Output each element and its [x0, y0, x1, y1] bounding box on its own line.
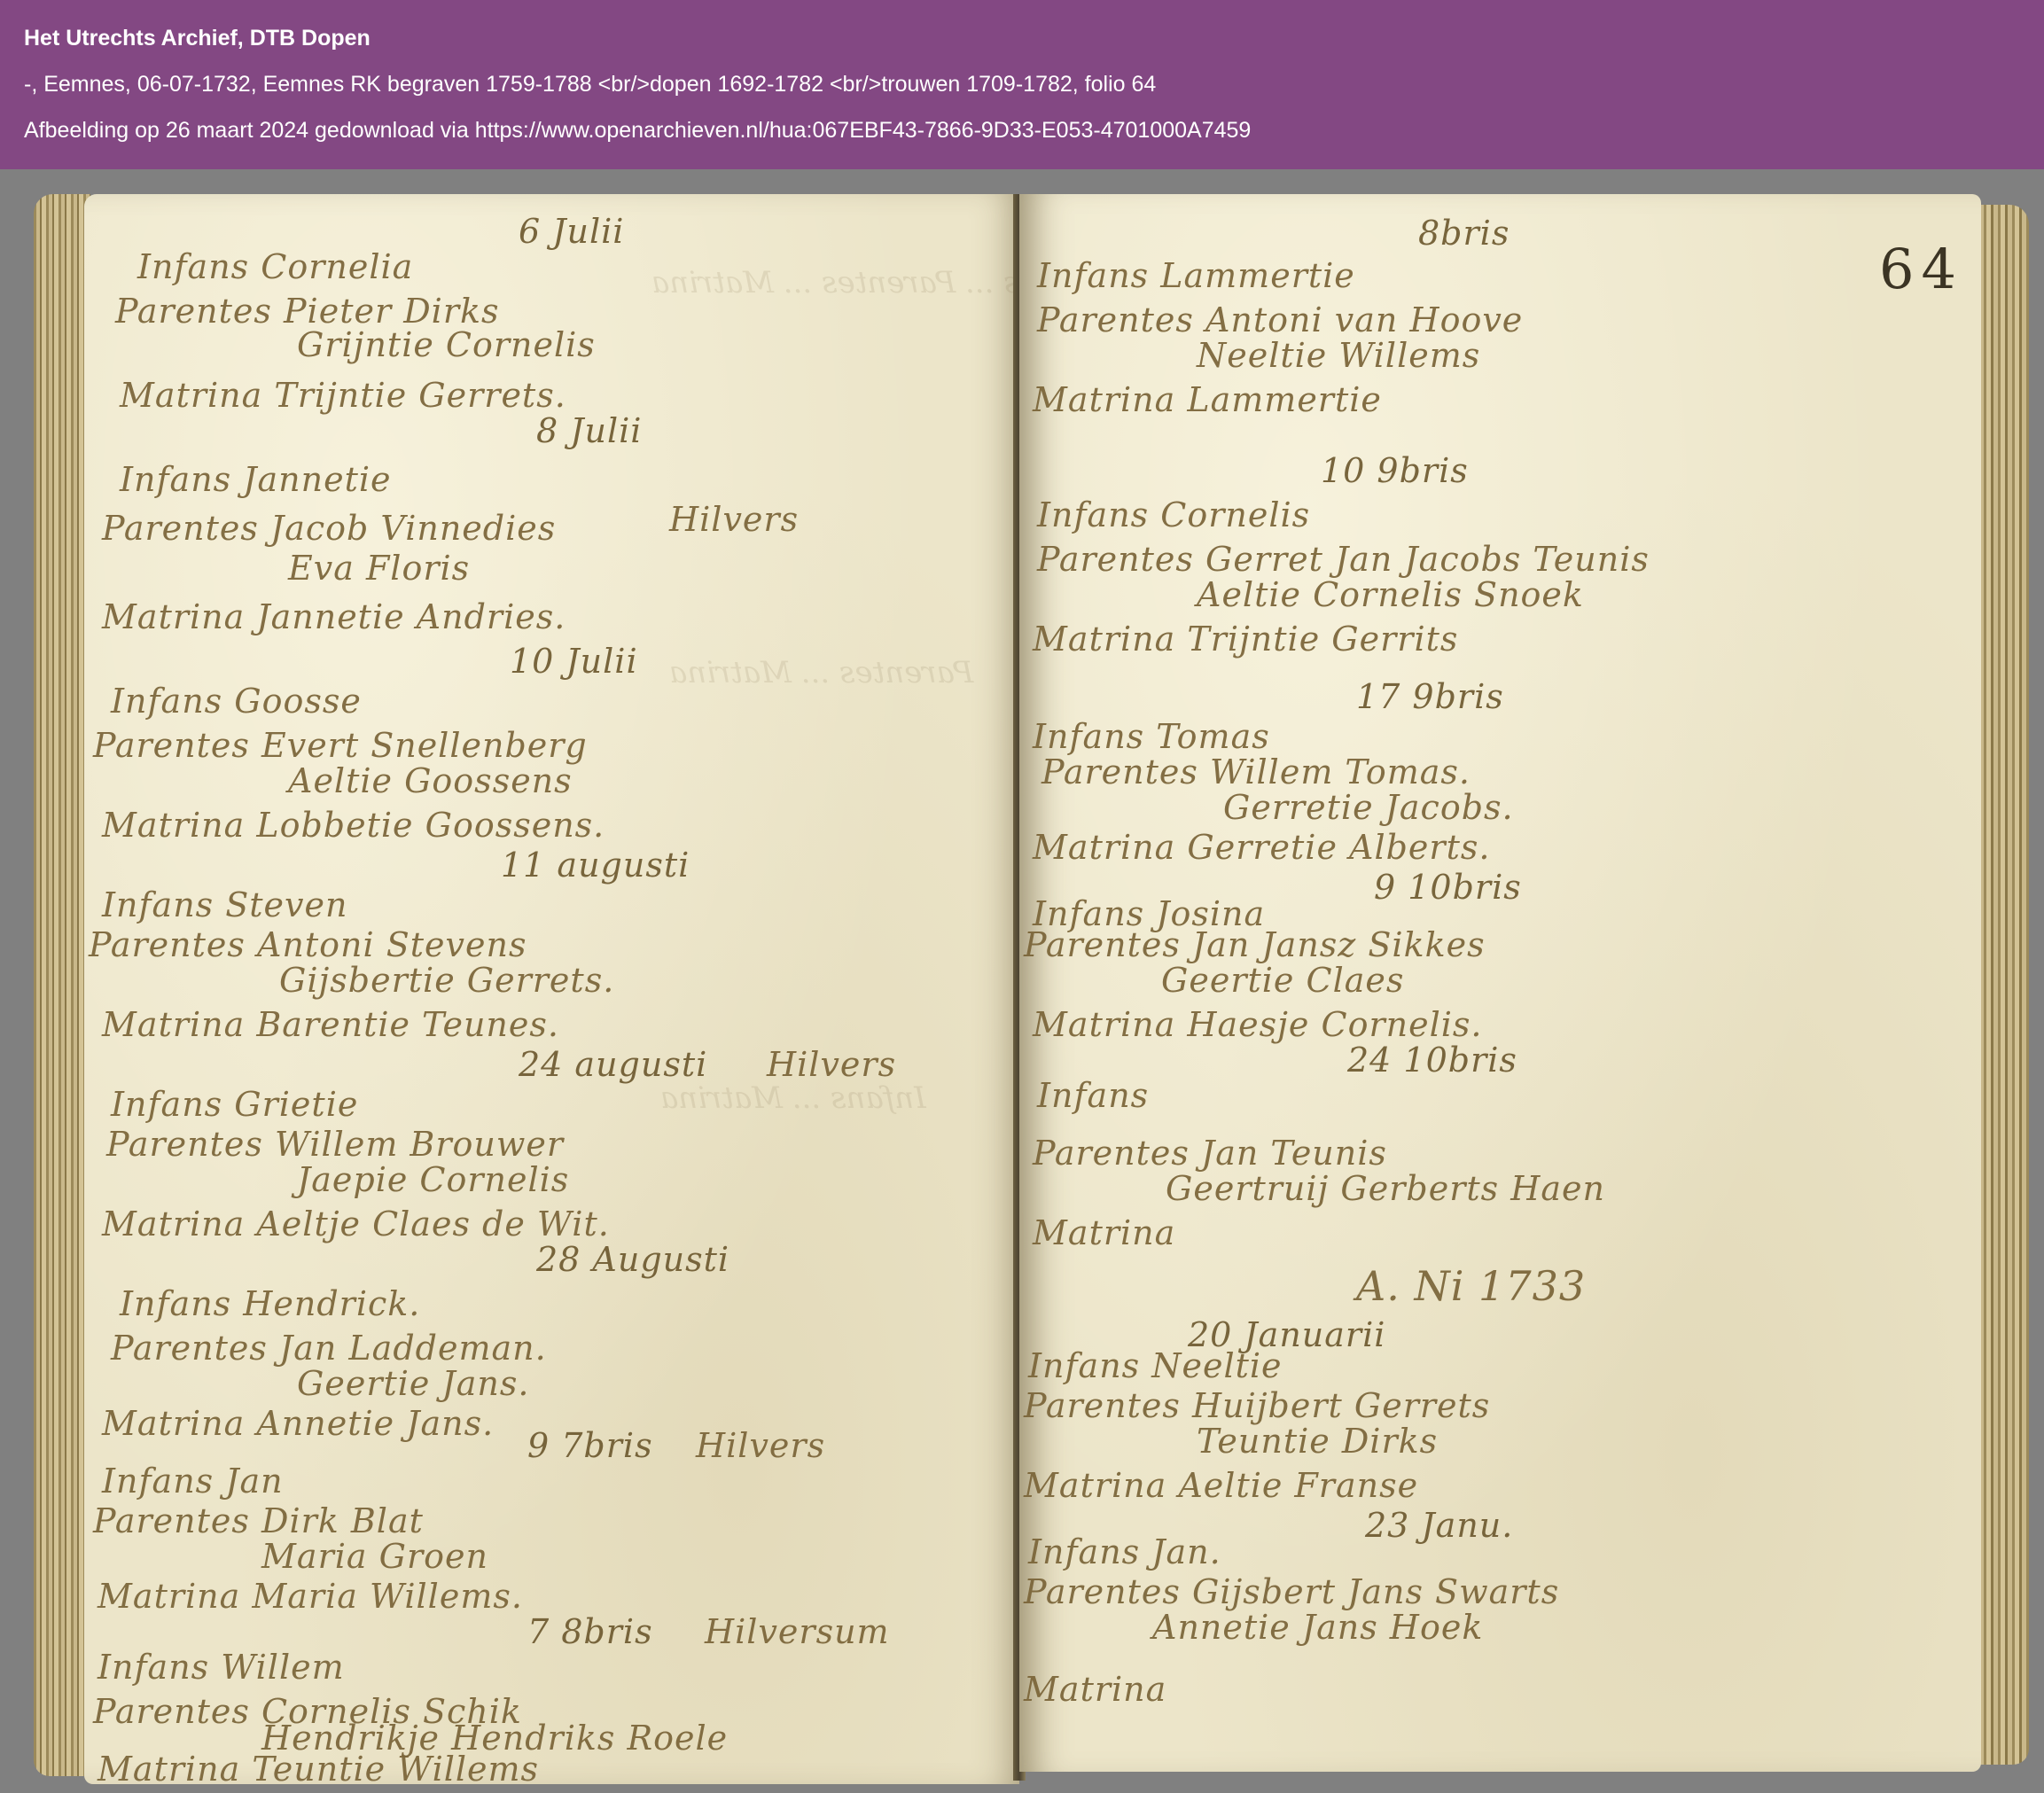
entry-date: 6 Julii	[519, 212, 624, 251]
entry-place: Hilvers	[696, 1426, 825, 1465]
entry-infans: Infans Grietie	[111, 1085, 358, 1124]
entry-parentes: Parentes Willem Brouwer	[106, 1125, 564, 1164]
entry-date: 28 Augusti	[536, 1240, 729, 1279]
entry-date: 11 augusti	[501, 846, 690, 885]
entry-date: 7 8bris	[527, 1612, 653, 1651]
entry-infans: Infans Cornelia	[137, 247, 413, 286]
right-page: 64 8bris Infans Lammertie Parentes Anton…	[1019, 194, 1981, 1772]
entry-parentes: Parentes Gerret Jan Jacobs Teunis	[1037, 540, 1650, 579]
entry-parentes-mother: Aeltie Goossens	[288, 761, 573, 800]
entry-date: 9 7bris	[527, 1426, 653, 1465]
record-description: -, Eemnes, 06-07-1732, Eemnes RK begrave…	[24, 71, 2044, 97]
entry-place: Hilversum	[705, 1612, 890, 1651]
entry-matrina: Matrina Haesje Cornelis.	[1033, 1005, 1482, 1044]
entry-date: 17 9bris	[1356, 677, 1504, 716]
entry-parentes: Parentes Antoni van Hoove	[1037, 300, 1523, 339]
entry-matrina: Matrina Gerretie Alberts.	[1033, 828, 1490, 867]
download-attribution: Afbeelding op 26 maart 2024 gedownload v…	[24, 117, 2044, 144]
entry-parentes: Parentes Evert Snellenberg	[93, 726, 588, 765]
entry-place: Hilvers	[669, 500, 799, 539]
entry-date: 9 10bris	[1374, 868, 1522, 907]
entry-parentes-mother: Grijntie Cornelis	[297, 325, 596, 364]
bleed-through-text: Parentes ... Matrina	[669, 655, 973, 690]
entry-date: 8 Julii	[536, 411, 642, 450]
entry-infans: Infans Tomas	[1033, 717, 1270, 756]
entry-parentes: Parentes Huijbert Gerrets	[1024, 1386, 1490, 1425]
entry-parentes-mother: Geertie Claes	[1161, 961, 1404, 1000]
entry-matrina: Matrina Lobbetie Goossens.	[102, 806, 605, 845]
entry-parentes-mother: Jaepie Cornelis	[297, 1160, 569, 1199]
year-heading: A. Ni 1733	[1356, 1262, 1586, 1310]
entry-parentes-mother: Gerretie Jacobs.	[1223, 788, 1514, 827]
entry-parentes-mother: Teuntie Dirks	[1197, 1422, 1438, 1461]
left-page-edges	[34, 194, 90, 1776]
entry-matrina: Matrina Maria Willems.	[98, 1577, 523, 1616]
entry-infans: Infans Goosse	[111, 682, 362, 721]
entry-infans: Infans Willem	[98, 1648, 345, 1687]
left-page: Infans ... Parentes ... Matrina Parentes…	[84, 194, 1019, 1784]
entry-infans: Infans	[1037, 1076, 1149, 1115]
entry-matrina: Matrina Annetie Jans.	[102, 1404, 494, 1443]
archive-title: Het Utrechts Archief, DTB Dopen	[24, 25, 2044, 51]
entry-parentes: Parentes Willem Tomas.	[1042, 752, 1471, 791]
entry-date: 10 9bris	[1321, 451, 1469, 490]
entry-parentes-mother: Neeltie Willems	[1197, 336, 1480, 375]
entry-parentes: Parentes Jacob Vinnedies	[102, 509, 556, 548]
folio-number: 64	[1879, 237, 1963, 301]
bleed-through-text: Infans ... Parentes ... Matrina	[651, 265, 1019, 300]
entry-parentes-mother: Maria Groen	[261, 1537, 488, 1576]
entry-date: 24 10bris	[1347, 1041, 1517, 1080]
entry-infans: Infans Lammertie	[1037, 256, 1355, 295]
entry-parentes: Parentes Jan Laddeman.	[111, 1329, 547, 1368]
entry-parentes: Parentes Antoni Stevens	[89, 925, 527, 964]
entry-parentes-mother: Gijsbertie Gerrets.	[279, 961, 614, 1000]
register-book-scan: Infans ... Parentes ... Matrina Parentes…	[0, 169, 2044, 1793]
entry-infans: Infans Jan	[102, 1462, 284, 1501]
entry-date: 24 augusti	[519, 1045, 707, 1084]
entry-infans: Infans Cornelis	[1037, 495, 1310, 534]
entry-parentes: Parentes Dirk Blat	[93, 1501, 424, 1540]
bleed-through-text: Infans ... Matrina	[660, 1080, 926, 1116]
entry-parentes-mother: Geertruij Gerberts Haen	[1166, 1169, 1605, 1208]
entry-date: 23 Janu.	[1365, 1506, 1513, 1545]
entry-matrina: Matrina Barentie Teunes.	[102, 1005, 559, 1044]
entry-infans: Infans Jan.	[1028, 1532, 1221, 1571]
entry-matrina: Matrina Aeltje Claes de Wit.	[102, 1204, 610, 1243]
entry-parentes: Parentes Jan Teunis	[1033, 1134, 1387, 1173]
entry-infans: Infans Steven	[102, 885, 347, 924]
entry-matrina: Matrina Trijntie Gerrets.	[120, 376, 566, 415]
entry-parentes-mother: Geertie Jans.	[297, 1364, 529, 1403]
archive-header: Het Utrechts Archief, DTB Dopen -, Eemne…	[0, 0, 2044, 169]
entry-matrina: Matrina Trijntie Gerrits	[1033, 620, 1458, 659]
entry-infans: Infans Neeltie	[1028, 1346, 1283, 1385]
entry-parentes: Parentes Jan Jansz Sikkes	[1024, 925, 1486, 964]
entry-matrina: Matrina Lammertie	[1033, 380, 1382, 419]
entry-parentes: Parentes Gijsbert Jans Swarts	[1024, 1572, 1559, 1611]
entry-matrina: Matrina Jannetie Andries.	[102, 597, 566, 636]
entry-parentes-mother: Eva Floris	[288, 549, 470, 588]
entry-parentes-mother: Aeltie Cornelis Snoek	[1197, 575, 1584, 614]
entry-parentes-mother: Annetie Jans Hoek	[1152, 1608, 1483, 1647]
entry-place: Hilvers	[767, 1045, 896, 1084]
entry-matrina: Matrina Aeltie Franse	[1024, 1466, 1418, 1505]
entry-date: 10 Julii	[510, 642, 638, 681]
entry-matrina: Matrina	[1033, 1213, 1175, 1252]
entry-date: 8bris	[1418, 214, 1510, 253]
entry-matrina: Matrina Teuntie Willems	[98, 1750, 539, 1784]
entry-infans: Infans Hendrick.	[120, 1284, 420, 1323]
entry-matrina: Matrina	[1024, 1670, 1166, 1709]
entry-infans: Infans Jannetie	[120, 460, 392, 499]
